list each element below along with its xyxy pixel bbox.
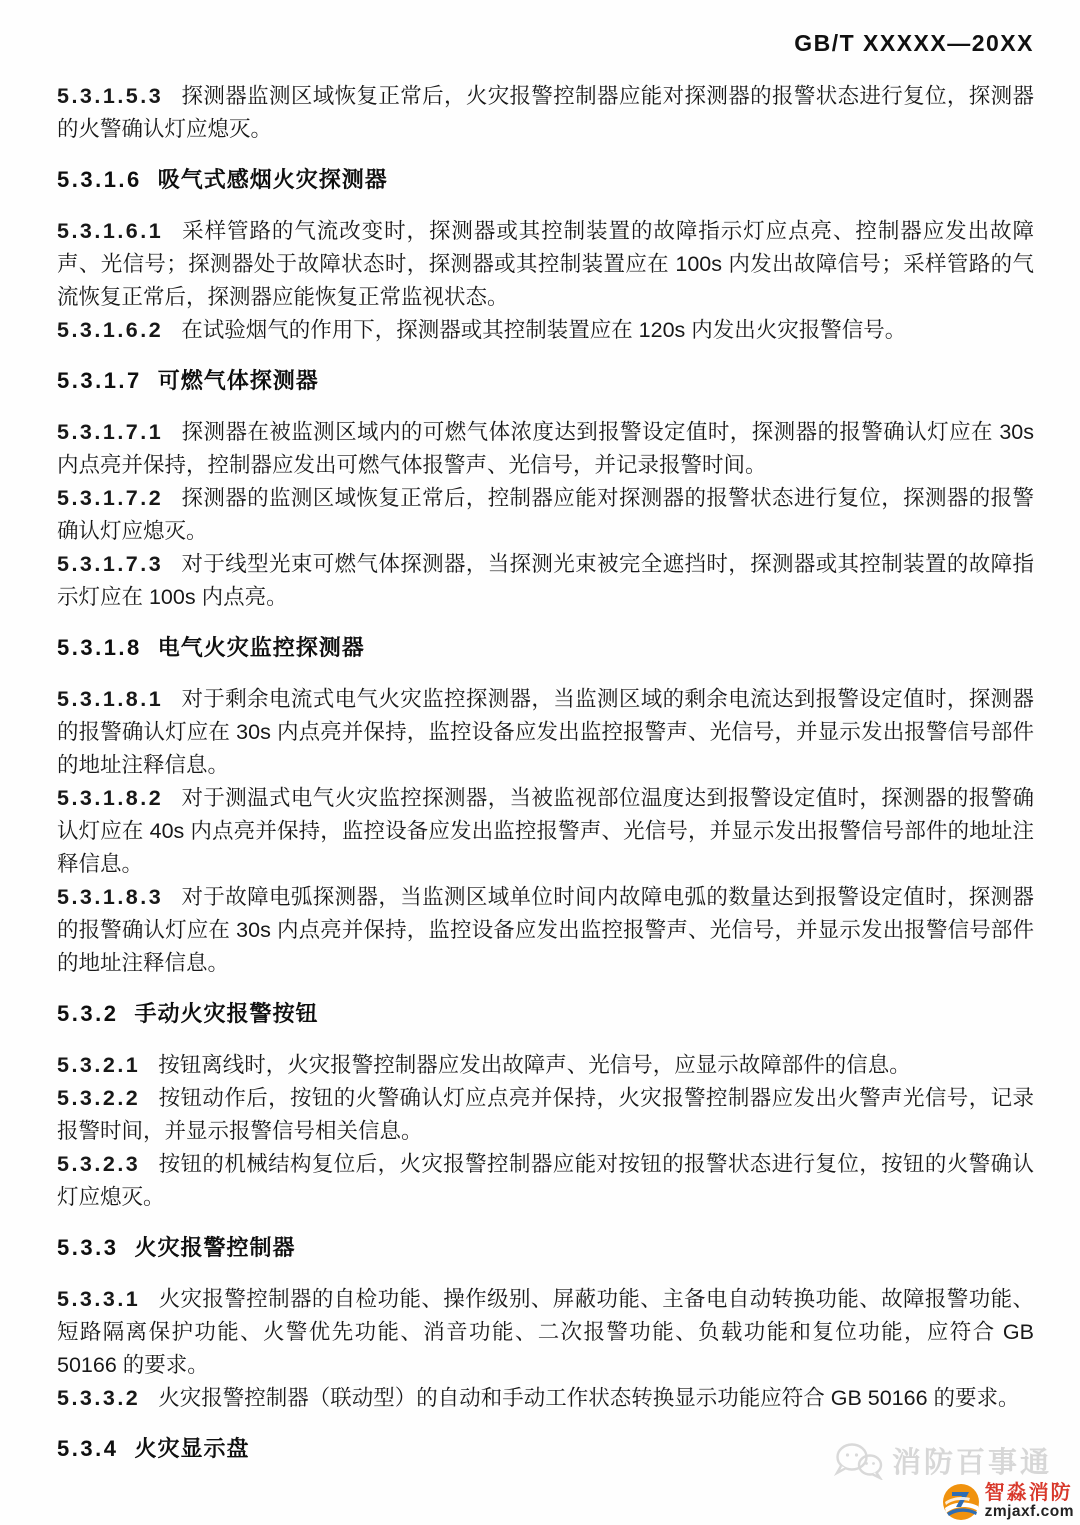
chat-bubbles-icon (832, 1442, 884, 1480)
clause-paragraph: 5.3.2.2按钮动作后，按钮的火警确认灯应点亮并保持，火灾报警控制器应发出火警… (57, 1082, 1034, 1148)
clause-number: 5.3.1.7.2 (57, 486, 181, 510)
clause-paragraph: 5.3.2.1按钮离线时，火灾报警控制器应发出故障声、光信号，应显示故障部件的信… (57, 1049, 1034, 1082)
document-body: 5.3.1.5.3探测器监测区域恢复正常后，火灾报警控制器应能对探测器的报警状态… (57, 80, 1034, 1484)
clause-number: 5.3.4 (57, 1436, 134, 1461)
clause-paragraph: 5.3.1.7.2探测器的监测区域恢复正常后，控制器应能对探测器的报警状态进行复… (57, 482, 1034, 548)
watermark-site-url: zmjaxf.com (985, 1504, 1074, 1520)
clause-number: 5.3.3.1 (57, 1287, 158, 1311)
clause-number: 5.3.1.6 (57, 167, 158, 192)
watermark-company-name: 智淼消防 (985, 1483, 1073, 1504)
clause-text: 电气火灾监控探测器 (158, 635, 365, 660)
clause-paragraph: 5.3.1.7.3对于线型光束可燃气体探测器，当探测光束被完全遮挡时，探测器或其… (57, 548, 1034, 614)
document-page: GB/T XXXXX—20XX 5.3.1.5.3探测器监测区域恢复正常后，火灾… (0, 0, 1080, 1525)
clause-number: 5.3.1.8.2 (57, 786, 181, 810)
clause-text: 火灾报警控制器（联动型）的自动和手动工作状态转换显示功能应符合 GB 50166… (158, 1386, 1019, 1410)
clause-text: 探测器的监测区域恢复正常后，控制器应能对探测器的报警状态进行复位，探测器的报警确… (57, 486, 1034, 543)
clause-text: 按钮动作后，按钮的火警确认灯应点亮并保持，火灾报警控制器应发出火警声光信号，记录… (57, 1086, 1034, 1143)
section-heading: 5.3.3火灾报警控制器 (57, 1231, 1034, 1264)
clause-paragraph: 5.3.1.7.1探测器在被监测区域内的可燃气体浓度达到报警设定值时，探测器的报… (57, 416, 1034, 482)
clause-paragraph: 5.3.1.8.3对于故障电弧探测器，当监测区域单位时间内故障电弧的数量达到报警… (57, 881, 1034, 980)
clause-number: 5.3.3 (57, 1235, 134, 1260)
clause-text: 对于测温式电气火灾监控探测器，当被监视部位温度达到报警设定值时，探测器的报警确认… (57, 786, 1034, 876)
clause-number: 5.3.2.1 (57, 1053, 158, 1077)
clause-number: 5.3.2.3 (57, 1152, 158, 1176)
clause-number: 5.3.1.8 (57, 635, 158, 660)
clause-paragraph: 5.3.2.3按钮的机械结构复位后，火灾报警控制器应能对按钮的报警状态进行复位，… (57, 1148, 1034, 1214)
watermark-brand-text: 消防百事通 (892, 1440, 1052, 1481)
section-heading: 5.3.1.7可燃气体探测器 (57, 364, 1034, 397)
clause-text: 手动火灾报警按钮 (134, 1001, 318, 1026)
clause-number: 5.3.1.8.1 (57, 687, 181, 711)
clause-text: 火灾显示盘 (134, 1436, 249, 1461)
clause-text: 可燃气体探测器 (158, 368, 319, 393)
section-heading: 5.3.1.6吸气式感烟火灾探测器 (57, 163, 1034, 196)
clause-text: 对于剩余电流式电气火灾监控探测器，当监测区域的剩余电流达到报警设定值时，探测器的… (57, 687, 1034, 777)
watermark-logo-text: 智淼消防 zmjaxf.com (985, 1483, 1074, 1520)
clause-text: 在试验烟气的作用下，探测器或其控制装置应在 120s 内发出火灾报警信号。 (181, 318, 906, 342)
clause-number: 5.3.2.2 (57, 1086, 158, 1110)
clause-text: 吸气式感烟火灾探测器 (158, 167, 388, 192)
clause-text: 探测器监测区域恢复正常后，火灾报警控制器应能对探测器的报警状态进行复位，探测器的… (57, 84, 1034, 141)
clause-paragraph: 5.3.1.8.1对于剩余电流式电气火灾监控探测器，当监测区域的剩余电流达到报警… (57, 683, 1034, 782)
clause-number: 5.3.1.6.1 (57, 219, 181, 243)
clause-number: 5.3.1.5.3 (57, 84, 181, 108)
clause-text: 按钮离线时，火灾报警控制器应发出故障声、光信号，应显示故障部件的信息。 (158, 1053, 911, 1077)
clause-number: 5.3.1.6.2 (57, 318, 181, 342)
standard-number-header: GB/T XXXXX—20XX (794, 30, 1034, 57)
clause-number: 5.3.1.8.3 (57, 885, 181, 909)
watermark-brand-row: 消防百事通 (832, 1440, 1052, 1481)
clause-paragraph: 5.3.3.1火灾报警控制器的自检功能、操作级别、屏蔽功能、主备电自动转换功能、… (57, 1283, 1034, 1382)
clause-paragraph: 5.3.1.5.3探测器监测区域恢复正常后，火灾报警控制器应能对探测器的报警状态… (57, 80, 1034, 146)
watermark-logo-row: 智淼消防 zmjaxf.com (942, 1483, 1074, 1521)
clause-paragraph: 5.3.1.8.2对于测温式电气火灾监控探测器，当被监视部位温度达到报警设定值时… (57, 782, 1034, 881)
clause-text: 对于线型光束可燃气体探测器，当探测光束被完全遮挡时，探测器或其控制装置的故障指示… (57, 552, 1034, 609)
watermark: 消防百事通 智淼消防 zmjaxf.com (832, 1440, 1074, 1521)
section-heading: 5.3.1.8电气火灾监控探测器 (57, 631, 1034, 664)
clause-number: 5.3.1.7.1 (57, 420, 181, 444)
clause-text: 采样管路的气流改变时，探测器或其控制装置的故障指示灯应点亮、控制器应发出故障声、… (57, 219, 1034, 309)
clause-text: 火灾报警控制器 (134, 1235, 295, 1260)
clause-text: 对于故障电弧探测器，当监测区域单位时间内故障电弧的数量达到报警设定值时，探测器的… (57, 885, 1034, 975)
clause-paragraph: 5.3.3.2火灾报警控制器（联动型）的自动和手动工作状态转换显示功能应符合 G… (57, 1382, 1034, 1415)
zhimiao-logo-icon (942, 1483, 980, 1521)
clause-paragraph: 5.3.1.6.1采样管路的气流改变时，探测器或其控制装置的故障指示灯应点亮、控… (57, 215, 1034, 314)
clause-text: 按钮的机械结构复位后，火灾报警控制器应能对按钮的报警状态进行复位，按钮的火警确认… (57, 1152, 1034, 1209)
clause-text: 探测器在被监测区域内的可燃气体浓度达到报警设定值时，探测器的报警确认灯应在 30… (57, 420, 1034, 477)
clause-text: 火灾报警控制器的自检功能、操作级别、屏蔽功能、主备电自动转换功能、故障报警功能、… (57, 1287, 1034, 1377)
section-heading: 5.3.2手动火灾报警按钮 (57, 997, 1034, 1030)
clause-number: 5.3.2 (57, 1001, 134, 1026)
clause-paragraph: 5.3.1.6.2在试验烟气的作用下，探测器或其控制装置应在 120s 内发出火… (57, 314, 1034, 347)
clause-number: 5.3.3.2 (57, 1386, 158, 1410)
clause-number: 5.3.1.7.3 (57, 552, 181, 576)
clause-number: 5.3.1.7 (57, 368, 158, 393)
